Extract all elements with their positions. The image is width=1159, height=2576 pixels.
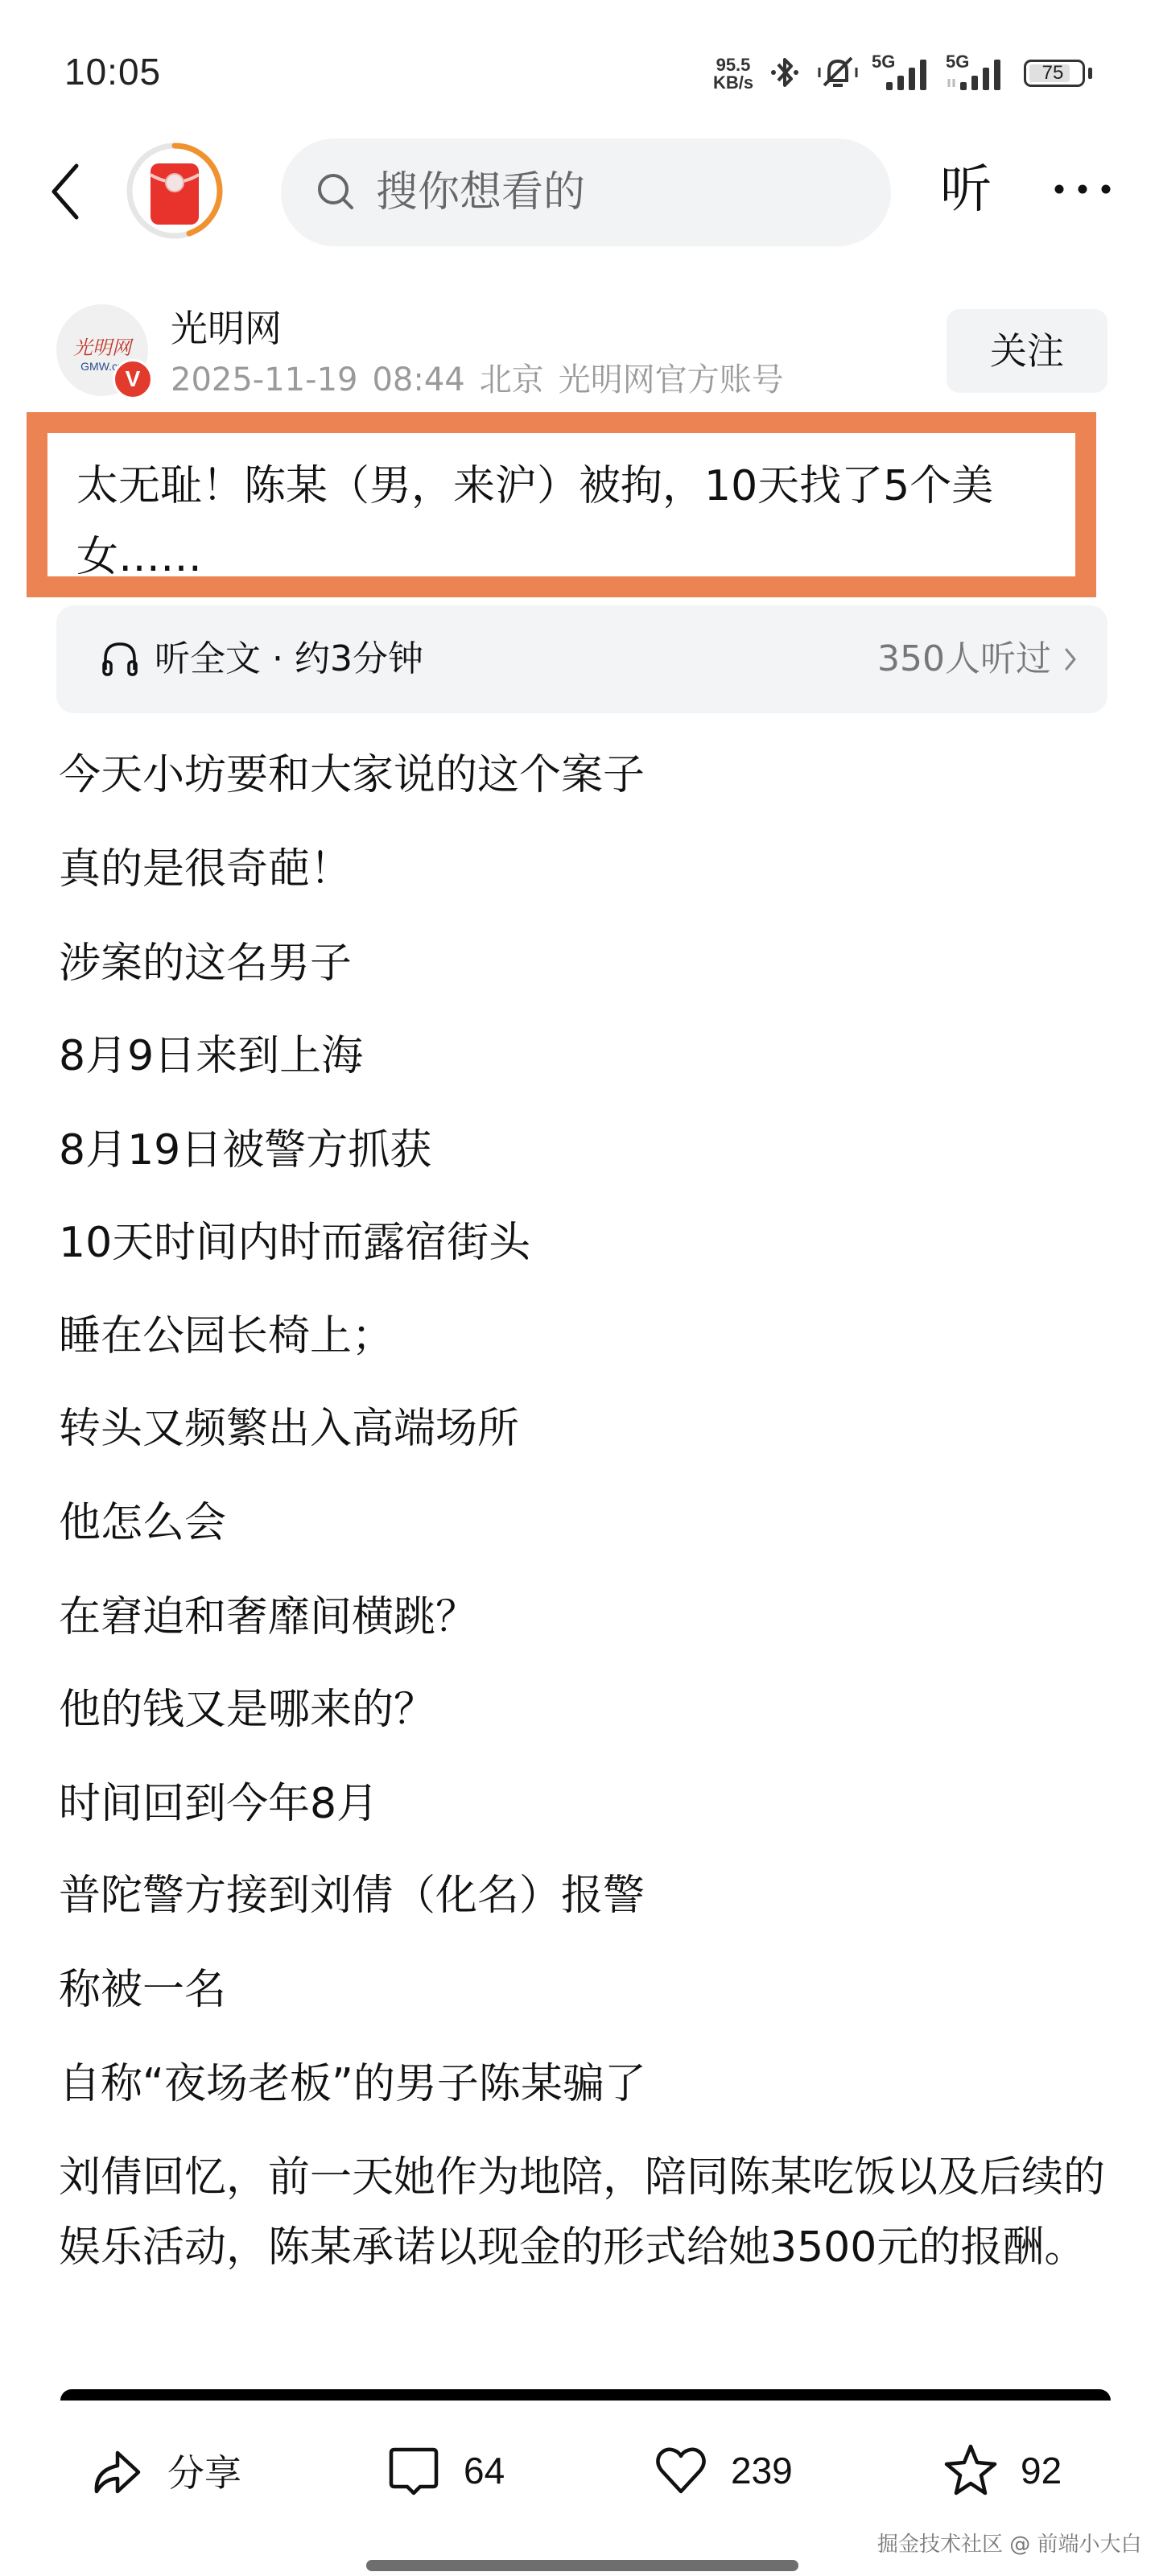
body-line: 10天时间内时而露宿街头 (59, 1215, 530, 1271)
share-label: 分享 (167, 2444, 241, 2497)
search-input[interactable]: 搜你想看的 (281, 138, 891, 246)
body-line: 时间回到今年8月 (59, 1776, 378, 1832)
more-icon[interactable] (1046, 169, 1119, 209)
network-speed-unit: KB/s (708, 74, 758, 92)
battery-level: 75 (1026, 62, 1079, 85)
search-placeholder: 搜你想看的 (376, 138, 585, 246)
embedded-media-top[interactable] (60, 2389, 1111, 2401)
verified-badge: V (113, 359, 153, 399)
share-button[interactable]: 分享 (90, 2442, 241, 2499)
star-icon (943, 2443, 998, 2498)
body-line: 他的钱又是哪来的？ (59, 1682, 435, 1738)
body-line: 在窘迫和奢靡间横跳？ (59, 1589, 477, 1645)
publish-date: 2025-11-19 (171, 361, 357, 398)
share-icon (90, 2443, 145, 2498)
body-line: 转头又频繁出入高端场所 (59, 1401, 519, 1457)
publish-location: 北京 (480, 361, 544, 398)
like-count: 239 (731, 2449, 793, 2492)
muted-bell-icon (815, 53, 861, 92)
signal-bars-icon (883, 58, 934, 90)
comment-icon (386, 2443, 441, 2498)
watermark: 掘金技术社区 @ 前端小大白 (877, 2528, 1142, 2557)
red-envelope-icon[interactable] (125, 141, 225, 241)
follow-button[interactable]: 关注 (947, 309, 1107, 393)
signal-5g-1: 5G (872, 52, 936, 90)
account-type: 光明网官方账号 (559, 361, 784, 398)
network-speed: 95.5 KB/s (708, 56, 758, 92)
body-line: 8月19日被警方抓获 (59, 1122, 431, 1179)
chevron-right-icon (1062, 644, 1079, 675)
body-line: 涉案的这名男子 (59, 935, 352, 992)
title-highlight-box: 太无耻！陈某（男，来沪）被拘，10天找了5个美女…… (27, 412, 1096, 597)
favorite-count: 92 (1021, 2449, 1062, 2492)
battery-indicator: 75 (1024, 60, 1085, 87)
body-line: 今天小坊要和大家说的这个案子 (59, 747, 645, 803)
favorite-button[interactable]: 92 (943, 2442, 1062, 2499)
comment-count: 64 (464, 2449, 505, 2492)
body-line: 睡在公园长椅上； (59, 1308, 394, 1364)
body-paragraph: 刘倩回忆，前一天她作为地陪，陪同陈某吃饭以及后续的娱乐活动，陈某承诺以现金的形式… (59, 2143, 1105, 2283)
body-line: 普陀警方接到刘倩（化名）报警 (59, 1868, 645, 1924)
comment-button[interactable]: 64 (386, 2442, 505, 2499)
home-indicator[interactable] (366, 2560, 798, 2571)
body-line: 真的是很奇葩！ (59, 841, 352, 898)
signal-bars-icon (946, 58, 1008, 90)
listen-button[interactable]: 听 (940, 158, 992, 222)
author-meta: 2025-11-1908:44北京光明网官方账号 (171, 357, 798, 402)
status-time: 10:05 (64, 50, 161, 93)
listen-count: 350人听过 (877, 605, 1051, 713)
body-line: 他怎么会 (59, 1495, 226, 1551)
signal-5g-2: 5G (946, 52, 1010, 90)
body-line: 自称“夜场老板”的男子陈某骗了 (59, 2056, 646, 2112)
heart-icon (654, 2443, 708, 2498)
back-icon[interactable] (44, 159, 89, 224)
search-icon (315, 171, 358, 214)
battery-nub (1088, 68, 1092, 79)
network-speed-value: 95.5 (708, 56, 758, 74)
article-title: 太无耻！陈某（男，来沪）被拘，10天找了5个美女…… (76, 451, 1051, 592)
body-line: 称被一名 (59, 1962, 226, 2018)
headphone-icon (101, 639, 139, 678)
bluetooth-icon (769, 53, 801, 92)
publish-time: 08:44 (372, 361, 464, 398)
listen-full-text-bar[interactable]: 听全文 · 约3分钟 350人听过 (56, 605, 1107, 713)
author-name[interactable]: 光明网 (171, 304, 282, 353)
body-line: 8月9日来到上海 (59, 1028, 363, 1084)
like-button[interactable]: 239 (654, 2442, 793, 2499)
listen-label: 听全文 · 约3分钟 (155, 605, 423, 713)
